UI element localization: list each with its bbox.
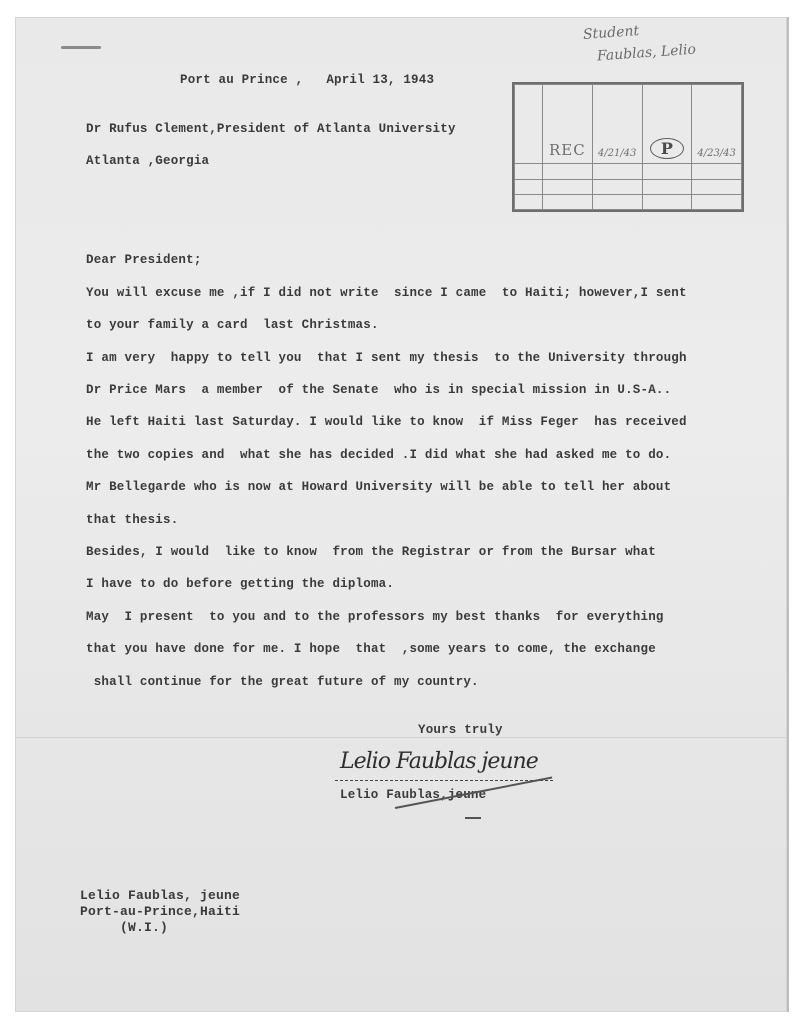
stamp-cell	[692, 164, 742, 179]
stamp-cell-rec: REC	[543, 85, 593, 164]
body-line: that you have done for me. I hope that ,…	[86, 643, 656, 656]
stamp-cell-processed-date: 4/23/43	[692, 85, 742, 164]
body-line: I have to do before getting the diploma.	[86, 578, 394, 591]
stamp-cell	[543, 194, 593, 209]
salutation: Dear President;	[86, 254, 202, 267]
signature-flourish-tick	[465, 817, 481, 819]
recipient-line2: Atlanta ,Georgia	[86, 155, 209, 168]
stamp-row: REC 4/21/43 P 4/23/43	[515, 85, 742, 164]
stamp-cell	[592, 164, 642, 179]
body-line: Dr Price Mars a member of the Senate who…	[86, 384, 671, 397]
typed-signature-name: Lelio Faublas,jeune	[340, 789, 486, 802]
letter-page: Student Faublas, Lelio REC 4/21/43 P 4/2…	[15, 17, 787, 1012]
body-line: the two copies and what she has decided …	[86, 449, 671, 462]
stamp-cell	[543, 164, 593, 179]
paperclip-mark-icon	[61, 46, 101, 49]
stamp-cell	[642, 179, 692, 194]
body-line: Besides, I would like to know from the R…	[86, 546, 656, 559]
body-line: I am very happy to tell you that I sent …	[86, 352, 687, 365]
sender-address-line3: (W.I.)	[80, 921, 168, 934]
handwritten-note-line1: Student	[583, 23, 640, 43]
signature-underline	[335, 780, 553, 781]
stamp-row	[515, 164, 742, 179]
body-line: May I present to you and to the professo…	[86, 611, 664, 624]
stamp-cell-initial: P	[642, 85, 692, 164]
circled-initial: P	[650, 138, 684, 159]
stamp-cell	[515, 85, 543, 164]
stamp-cell	[592, 194, 642, 209]
stamp-cell	[692, 194, 742, 209]
stamp-cell	[592, 179, 642, 194]
body-line: He left Haiti last Saturday. I would lik…	[86, 416, 687, 429]
sender-address-line2: Port-au-Prince,Haiti	[80, 905, 240, 918]
stamp-cell	[642, 194, 692, 209]
stamp-cell	[515, 164, 543, 179]
stamp-row	[515, 194, 742, 209]
stamp-cell	[543, 179, 593, 194]
body-line: that thesis.	[86, 514, 178, 527]
stamp-row	[515, 179, 742, 194]
dateline: Port au Prince , April 13, 1943	[180, 74, 434, 87]
handwritten-note-line2: Faublas, Lelio	[597, 42, 697, 65]
body-line: You will excuse me ,if I did not write s…	[86, 287, 687, 300]
recipient-line1: Dr Rufus Clement,President of Atlanta Un…	[86, 123, 456, 136]
paper-fold-line	[15, 737, 787, 738]
body-line: to your family a card last Christmas.	[86, 319, 379, 332]
closing: Yours truly	[418, 724, 503, 737]
stamp-cell	[692, 179, 742, 194]
stamp-cell-received-date: 4/21/43	[592, 85, 642, 164]
received-stamp-table: REC 4/21/43 P 4/23/43	[512, 82, 744, 212]
sender-address-line1: Lelio Faublas, jeune	[80, 889, 240, 902]
stamp-cell	[642, 164, 692, 179]
body-line: shall continue for the great future of m…	[86, 676, 479, 689]
handwritten-signature: Lelio Faublas jeune	[340, 749, 538, 774]
body-line: Mr Bellegarde who is now at Howard Unive…	[86, 481, 671, 494]
stamp-cell	[515, 194, 543, 209]
stamp-cell	[515, 179, 543, 194]
